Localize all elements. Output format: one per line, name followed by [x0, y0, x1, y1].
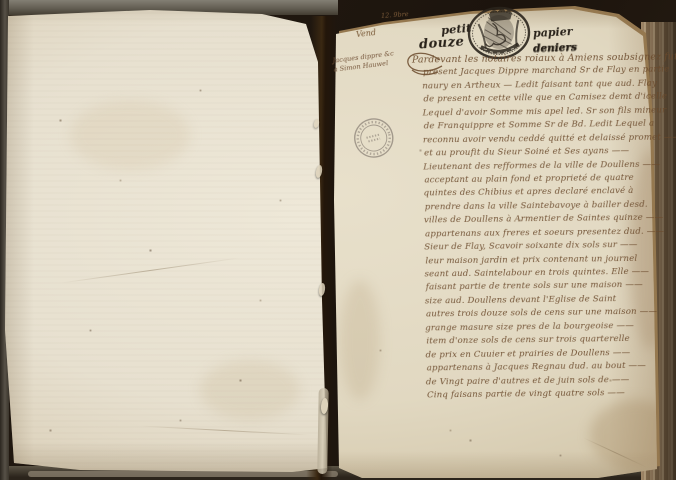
paper-crease — [140, 426, 310, 436]
tax-stamp-word-papier: papier — [533, 25, 573, 40]
manuscript-line: faisant partie de trente sols sur une ma… — [426, 279, 660, 295]
manuscript-line: de present en cette ville que en Camisez… — [423, 91, 657, 107]
manuscript-line: item d'onze sols de cens sur trois quart… — [426, 333, 660, 349]
paper-stain — [340, 280, 380, 400]
manuscript-text-block: Pardevant les notaires roiaux à Amiens s… — [422, 51, 660, 403]
manuscript-line: de Franquippre et Somme Sr de Bd. Ledit … — [424, 118, 658, 134]
paper-stain — [200, 360, 300, 420]
manuscript-line: Cinq faisans partie de vingt quatre sols… — [427, 386, 661, 402]
manuscript-line: present Jacques Dippre marchand Sr de Fl… — [423, 64, 657, 80]
manuscript-line: acceptant au plain fond et proprieté de … — [424, 171, 658, 187]
manuscript-line: et au proufit du Sieur Soiné et Ses ayan… — [424, 145, 658, 161]
manuscript-line: leur maison jardin et prix contenant un … — [425, 252, 659, 268]
margin-date-note: 12. 9bre — [381, 10, 409, 20]
manuscript-line: autres trois douze sols de cens sur une … — [426, 306, 660, 322]
manuscript-line: appartenans aux freres et soeurs present… — [425, 225, 659, 241]
paper-crease — [61, 257, 239, 283]
manuscript-line: appartenans à Jacques Regnau dud. au bou… — [427, 360, 661, 376]
manuscript-line: prendre dans la ville Saintebavoye à bai… — [425, 198, 659, 214]
paper-stain — [70, 100, 190, 170]
manuscript-scan: petit douze papier deniers 12. 9bre Vend… — [0, 0, 676, 480]
